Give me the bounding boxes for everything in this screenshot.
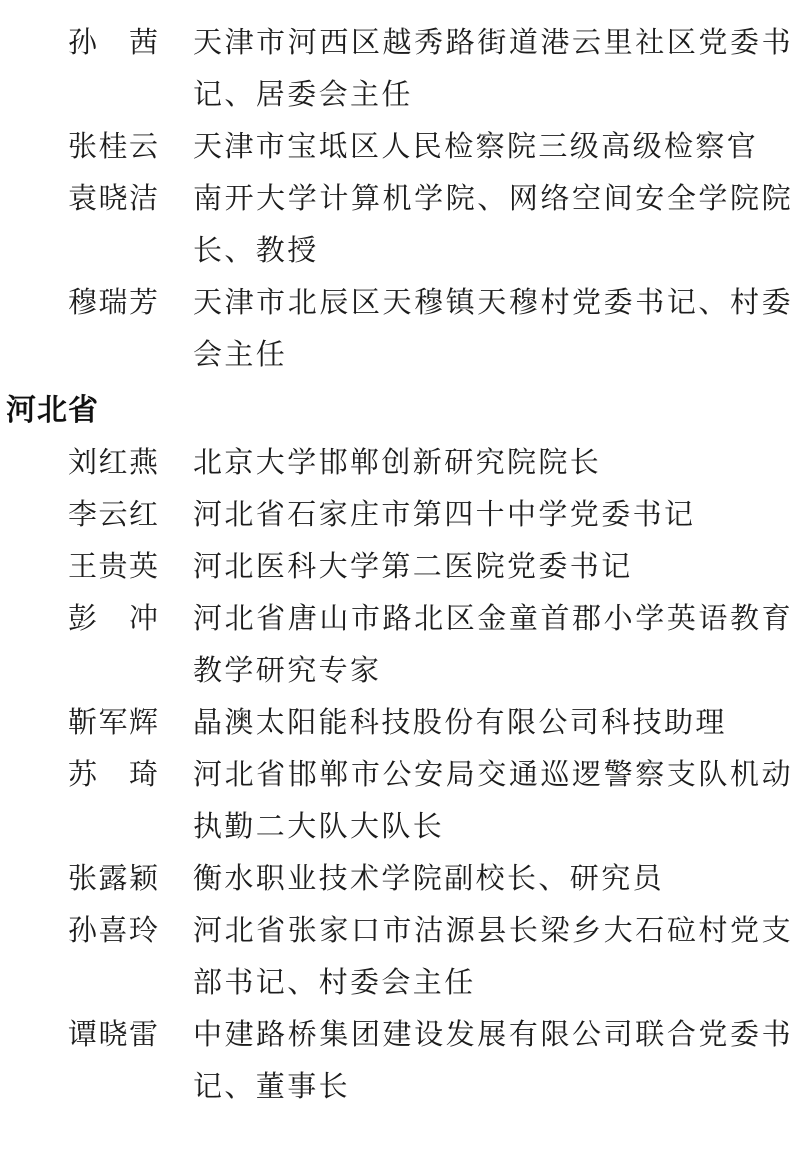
person-name: 谭晓雷 [68, 1009, 158, 1061]
roster-entry: 孙茜 天津市河西区越秀路街道港云里社区党委书记、居委会主任 [0, 17, 793, 121]
person-name: 李云红 [68, 489, 158, 541]
roster-entry: 彭冲 河北省唐山市路北区金童首郡小学英语教育教学研究专家 [0, 593, 793, 697]
roster-entry: 苏琦 河北省邯郸市公安局交通巡逻警察支队机动执勤二大队大队长 [0, 749, 793, 853]
roster-entry: 谭晓雷 中建路桥集团建设发展有限公司联合党委书记、董事长 [0, 1009, 793, 1113]
person-title: 中建路桥集团建设发展有限公司联合党委书记、董事长 [193, 1009, 793, 1113]
person-name: 刘红燕 [68, 437, 158, 489]
roster-entry: 王贵英 河北医科大学第二医院党委书记 [0, 541, 793, 593]
roster-entry: 穆瑞芳 天津市北辰区天穆镇天穆村党委书记、村委会主任 [0, 277, 793, 381]
roster-entry: 靳军辉 晶澳太阳能科技股份有限公司科技助理 [0, 697, 793, 749]
roster-entry: 李云红 河北省石家庄市第四十中学党委书记 [0, 489, 793, 541]
person-name: 孙茜 [68, 17, 158, 69]
person-title: 天津市宝坻区人民检察院三级高级检察官 [193, 121, 793, 173]
roster-entry: 刘红燕 北京大学邯郸创新研究院院长 [0, 437, 793, 489]
person-name: 张桂云 [68, 121, 158, 173]
person-name: 穆瑞芳 [68, 277, 158, 329]
person-title: 天津市河西区越秀路街道港云里社区党委书记、居委会主任 [193, 17, 793, 121]
person-name: 靳军辉 [68, 697, 158, 749]
person-name: 彭冲 [68, 593, 158, 645]
roster-entry: 张桂云 天津市宝坻区人民检察院三级高级检察官 [0, 121, 793, 173]
roster-entry: 孙喜玲 河北省张家口市沽源县长梁乡大石砬村党支部书记、村委会主任 [0, 905, 793, 1009]
roster-entry: 袁晓洁 南开大学计算机学院、网络空间安全学院院长、教授 [0, 173, 793, 277]
document-page: 孙茜 天津市河西区越秀路街道港云里社区党委书记、居委会主任 张桂云 天津市宝坻区… [0, 0, 800, 1161]
person-name: 袁晓洁 [68, 173, 158, 225]
person-title: 天津市北辰区天穆镇天穆村党委书记、村委会主任 [193, 277, 793, 381]
person-title: 晶澳太阳能科技股份有限公司科技助理 [193, 697, 793, 749]
person-name: 孙喜玲 [68, 905, 158, 957]
person-title: 河北医科大学第二医院党委书记 [193, 541, 793, 593]
person-title: 北京大学邯郸创新研究院院长 [193, 437, 793, 489]
person-title: 河北省张家口市沽源县长梁乡大石砬村党支部书记、村委会主任 [193, 905, 793, 1009]
roster-entry: 张露颖 衡水职业技术学院副校长、研究员 [0, 853, 793, 905]
person-title: 南开大学计算机学院、网络空间安全学院院长、教授 [193, 173, 793, 277]
region-header: 河北省 [6, 385, 793, 437]
person-title: 河北省唐山市路北区金童首郡小学英语教育教学研究专家 [193, 593, 793, 697]
person-title: 衡水职业技术学院副校长、研究员 [193, 853, 793, 905]
person-name: 王贵英 [68, 541, 158, 593]
person-name: 苏琦 [68, 749, 158, 801]
person-title: 河北省石家庄市第四十中学党委书记 [193, 489, 793, 541]
person-title: 河北省邯郸市公安局交通巡逻警察支队机动执勤二大队大队长 [193, 749, 793, 853]
person-name: 张露颖 [68, 853, 158, 905]
